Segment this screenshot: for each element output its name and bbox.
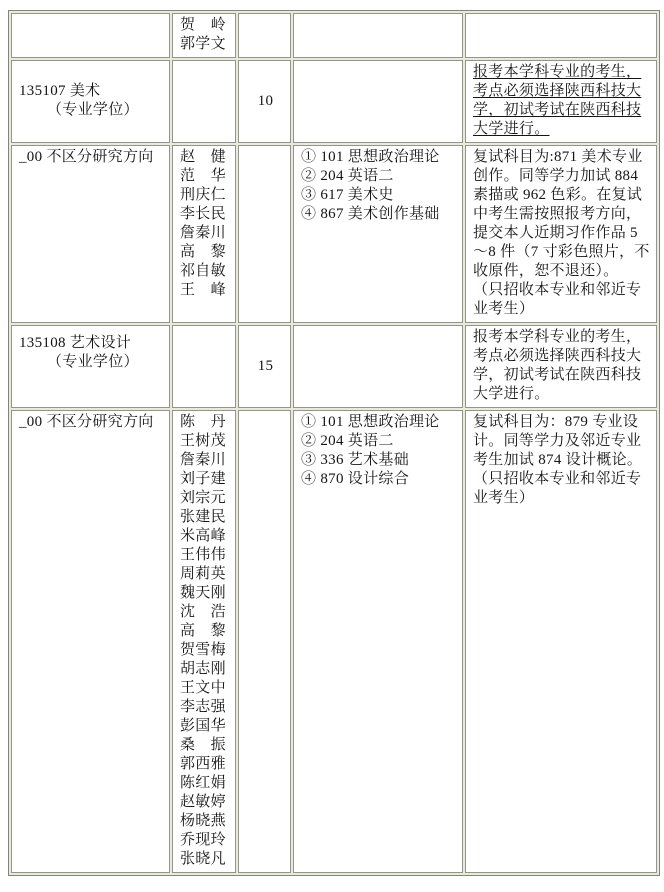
- exam-subject: ② 204 英语二: [301, 167, 457, 186]
- exam-location-note: 报考本学科专业的考生，考点必须选择陕西科技大学，初试考试在陕西科技大学进行。: [473, 63, 651, 139]
- direction-cell: _00 不区分研究方向: [11, 410, 170, 873]
- notes-cell: 复试科目为：879 专业设计。同等学力及邻近专业考生加试 874 设计概论。（只…: [465, 410, 657, 873]
- exam-location-note: 报考本学科专业的考生，考点必须选择陕西科技大学，初试考试在陕西科技大学进行。: [473, 328, 651, 404]
- advisor-name: 郭学文: [180, 35, 230, 54]
- exam-subject: ③ 336 艺术基础: [301, 451, 457, 470]
- advisor-name: 王树茂: [180, 432, 230, 451]
- retest-note: 复试科目为:871 美术专业创作。同等学力加试 884 素描或 962 色彩。在…: [473, 148, 651, 281]
- table-row: _00 不区分研究方向 陈 丹王树茂詹秦川刘子建刘宗元张建民米高峰王伟伟周莉英魏…: [11, 410, 657, 873]
- notes-cell: 报考本学科专业的考生，考点必须选择陕西科技大学，初试考试在陕西科技大学进行。: [465, 325, 657, 408]
- quota-cell: 15: [238, 325, 291, 408]
- exam-subject: ④ 870 设计综合: [301, 470, 457, 489]
- advisors-cell: [172, 325, 236, 408]
- notes-cell: 复试科目为:871 美术专业创作。同等学力加试 884 素描或 962 色彩。在…: [465, 145, 657, 323]
- advisor-name: 贺雪梅: [180, 641, 230, 660]
- quota-cell: [238, 410, 291, 873]
- program-cell: [11, 13, 170, 58]
- direction-label: _00 不区分研究方向: [19, 148, 164, 167]
- subjects-cell: [293, 13, 463, 58]
- retest-note: 复试科目为：879 专业设计。同等学力及邻近专业考生加试 874 设计概论。: [473, 413, 651, 470]
- exam-subject: ① 101 思想政治理论: [301, 148, 457, 167]
- advisors-cell: [172, 60, 236, 143]
- advisor-name: 詹秦川: [180, 224, 230, 243]
- program-cell: 135108 艺术设计 （专业学位）: [11, 325, 170, 408]
- advisor-name: 周莉英: [180, 565, 230, 584]
- advisor-name: 高 黎: [180, 243, 230, 262]
- program-degree-type: （专业学位）: [19, 353, 164, 372]
- exam-subject: ③ 617 美术史: [301, 186, 457, 205]
- program-code-name: 135108 艺术设计: [19, 334, 164, 353]
- advisor-name: 祁自敏: [180, 262, 230, 281]
- quota-cell: [238, 13, 291, 58]
- program-code-name: 135107 美术: [19, 82, 164, 101]
- exam-subject: ① 101 思想政治理论: [301, 413, 457, 432]
- program-cell: 135107 美术 （专业学位）: [11, 60, 170, 143]
- advisors-cell: 赵 健范 华刑庆仁李长民詹秦川高 黎祁自敏王 峰: [172, 145, 236, 323]
- advisor-name: 赵敏婷: [180, 793, 230, 812]
- advisor-name: 郭西雅: [180, 755, 230, 774]
- advisor-name: 刘子建: [180, 470, 230, 489]
- exam-subject: ② 204 英语二: [301, 432, 457, 451]
- exam-subject: ④ 867 美术创作基础: [301, 205, 457, 224]
- advisor-name: 王文中: [180, 679, 230, 698]
- quota-value: 15: [258, 358, 274, 374]
- advisor-name: 高 黎: [180, 622, 230, 641]
- advisor-name: 沈 浩: [180, 603, 230, 622]
- advisor-name: 张晓凡: [180, 850, 230, 869]
- advisor-name: 刘宗元: [180, 489, 230, 508]
- document-page: 贺 岭郭学文 135107 美术 （专业学位） 10 报考本学科专业的考生，考点…: [0, 0, 664, 892]
- advisor-name: 范 华: [180, 167, 230, 186]
- advisor-name: 赵 健: [180, 148, 230, 167]
- advisor-name: 陈 丹: [180, 413, 230, 432]
- direction-cell: _00 不区分研究方向: [11, 145, 170, 323]
- table-row: 135107 美术 （专业学位） 10 报考本学科专业的考生，考点必须选择陕西科…: [11, 60, 657, 143]
- quota-value: 10: [258, 93, 274, 109]
- advisor-name: 乔现玲: [180, 831, 230, 850]
- advisor-name: 桑 振: [180, 736, 230, 755]
- program-degree-type: （专业学位）: [19, 101, 164, 120]
- advisor-name: 王 峰: [180, 281, 230, 300]
- table-row: 贺 岭郭学文: [11, 13, 657, 58]
- advisor-name: 李长民: [180, 205, 230, 224]
- table-row: _00 不区分研究方向 赵 健范 华刑庆仁李长民詹秦川高 黎祁自敏王 峰 ① 1…: [11, 145, 657, 323]
- advisors-cell: 贺 岭郭学文: [172, 13, 236, 58]
- admissions-table: 贺 岭郭学文 135107 美术 （专业学位） 10 报考本学科专业的考生，考点…: [8, 10, 660, 876]
- direction-label: _00 不区分研究方向: [19, 413, 164, 432]
- subjects-cell: [293, 325, 463, 408]
- advisor-name: 彭国华: [180, 717, 230, 736]
- table-row: 135108 艺术设计 （专业学位） 15 报考本学科专业的考生，考点必须选择陕…: [11, 325, 657, 408]
- quota-cell: [238, 145, 291, 323]
- quota-cell: 10: [238, 60, 291, 143]
- subjects-cell: ① 101 思想政治理论② 204 英语二③ 336 艺术基础④ 870 设计综…: [293, 410, 463, 873]
- subjects-cell: ① 101 思想政治理论② 204 英语二③ 617 美术史④ 867 美术创作…: [293, 145, 463, 323]
- retest-note: （只招收本专业和邻近专业考生）: [473, 281, 651, 319]
- advisor-name: 李志强: [180, 698, 230, 717]
- advisor-name: 詹秦川: [180, 451, 230, 470]
- advisors-cell: 陈 丹王树茂詹秦川刘子建刘宗元张建民米高峰王伟伟周莉英魏天刚沈 浩高 黎贺雪梅胡…: [172, 410, 236, 873]
- advisor-name: 米高峰: [180, 527, 230, 546]
- notes-cell: [465, 13, 657, 58]
- advisor-name: 陈红娟: [180, 774, 230, 793]
- advisor-name: 胡志刚: [180, 660, 230, 679]
- advisor-name: 魏天刚: [180, 584, 230, 603]
- subjects-cell: [293, 60, 463, 143]
- advisor-name: 王伟伟: [180, 546, 230, 565]
- advisor-name: 贺 岭: [180, 16, 230, 35]
- retest-note: （只招收本专业和邻近专业考生）: [473, 470, 651, 508]
- notes-cell: 报考本学科专业的考生，考点必须选择陕西科技大学，初试考试在陕西科技大学进行。: [465, 60, 657, 143]
- advisor-name: 杨晓燕: [180, 812, 230, 831]
- advisor-name: 刑庆仁: [180, 186, 230, 205]
- advisor-name: 张建民: [180, 508, 230, 527]
